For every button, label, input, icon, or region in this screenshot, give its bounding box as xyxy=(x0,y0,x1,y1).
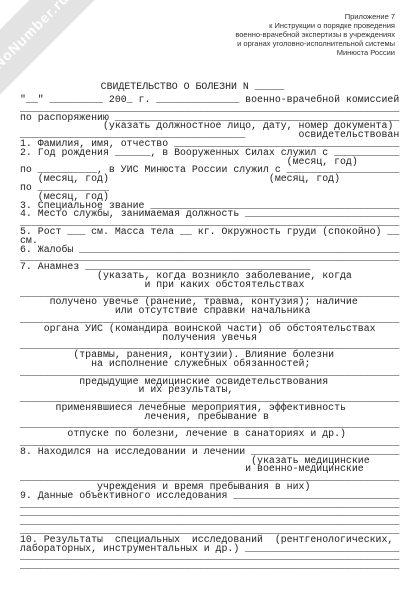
appendix-ministry-line: Минюста России xyxy=(0,48,395,57)
blank-line: ________________________________________… xyxy=(20,562,399,571)
document-title: СВИДЕТЕЛЬСТВО О БОЛЕЗНИ N _____ xyxy=(20,81,365,92)
field-height-weight-chest: 5. Рост ___ см. Масса тела __ кг. Окружн… xyxy=(20,228,399,237)
appendix-system-line: и органах уголовно-исполнительной систем… xyxy=(0,39,395,48)
document-page: NoNumber.ru Приложение 7 к Инструкции о … xyxy=(0,0,420,600)
form-body: "__" _________ 200_ г. ______________ во… xyxy=(20,96,399,571)
